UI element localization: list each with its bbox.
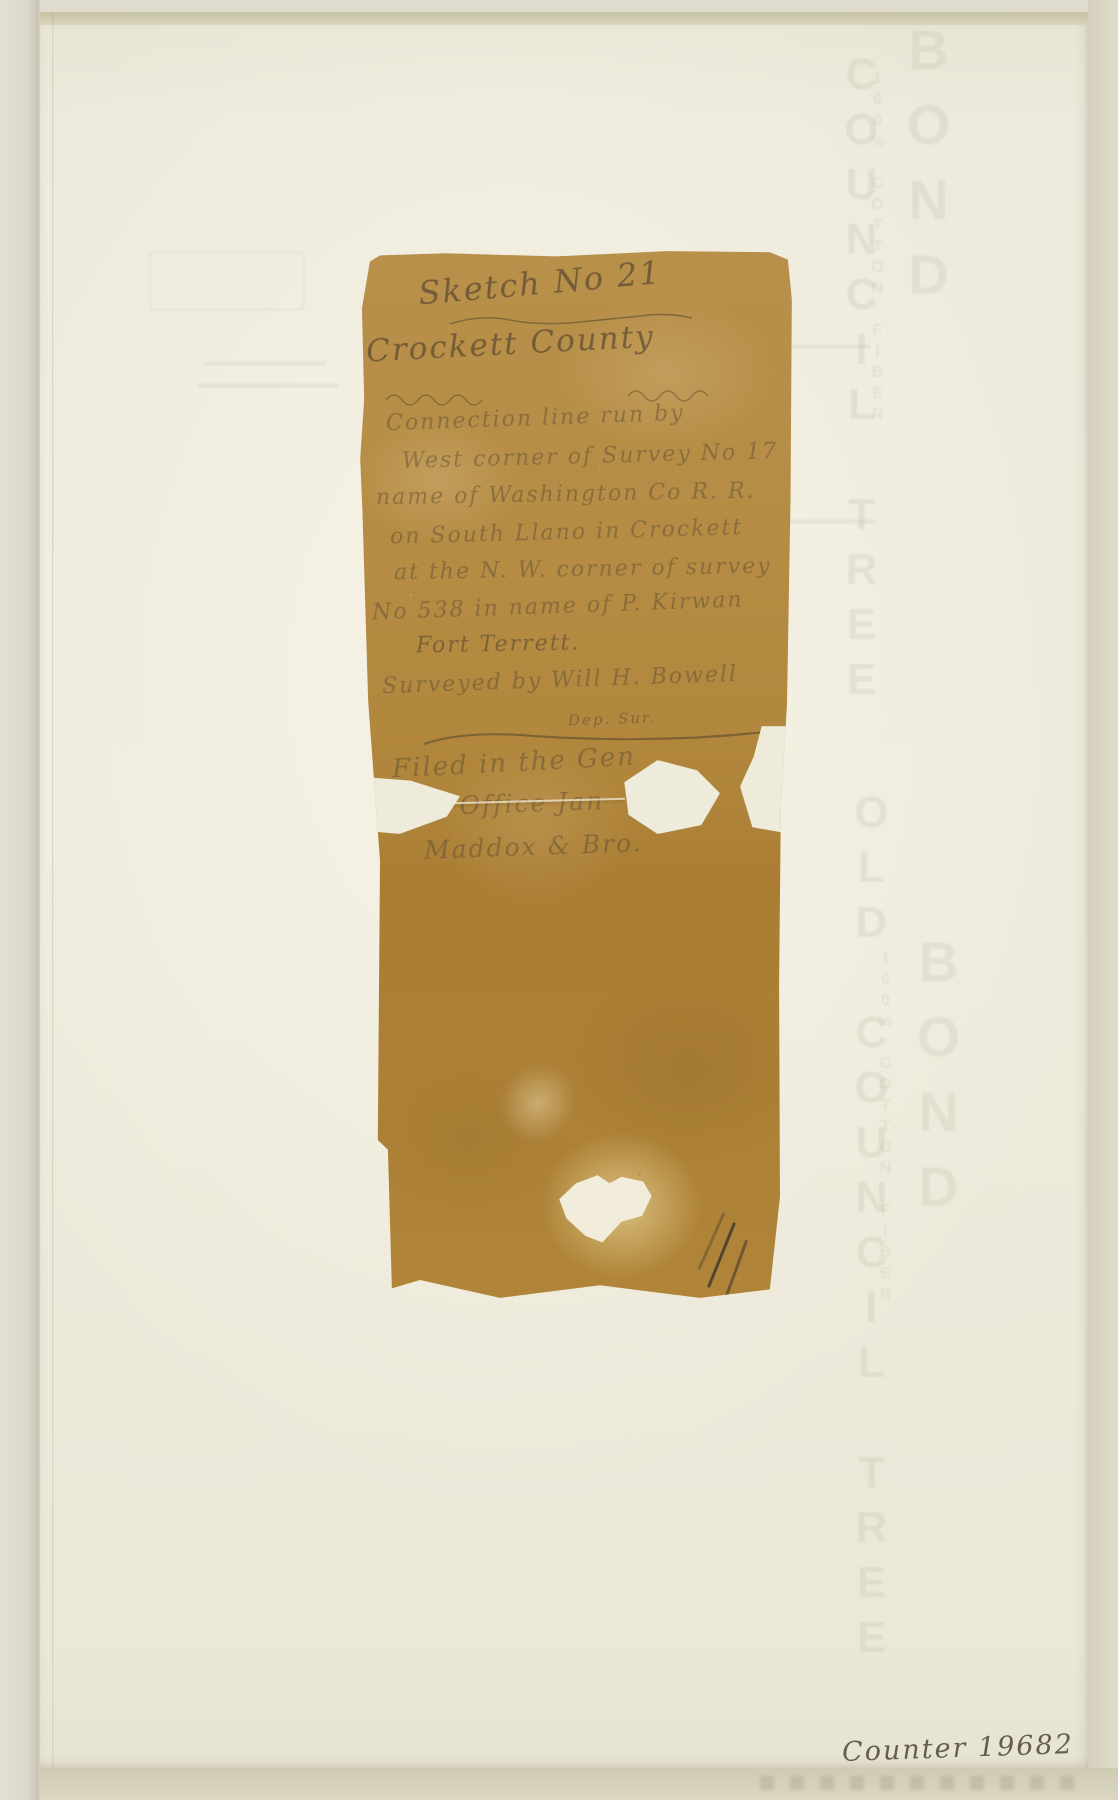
ghost-mark bbox=[205, 362, 325, 365]
note-line: name of Washington Co R. R. bbox=[376, 479, 756, 511]
note-line: No 538 in name of P. Kirwan bbox=[372, 588, 744, 626]
note-line: Surveyed by Will H. Bowell bbox=[382, 662, 739, 699]
note-line-small: Dep. Sur. bbox=[568, 708, 657, 729]
crack-line bbox=[453, 798, 625, 805]
note-line: Land Office Jan bbox=[378, 786, 605, 823]
note-line: Connection line run by bbox=[386, 401, 685, 436]
ghost-mark bbox=[760, 1776, 1090, 1790]
flourish-squiggle bbox=[384, 388, 494, 406]
hole-streak bbox=[452, 1015, 625, 1190]
note-line: Filed in the Gen bbox=[391, 742, 636, 785]
flourish-squiggle bbox=[626, 384, 712, 404]
fold-line bbox=[52, 12, 54, 1770]
watermark-fiber-mid: 100% COTTON FIBER bbox=[876, 950, 894, 1280]
paper-fragment: Sketch No 21 Crockett County Connection … bbox=[358, 248, 798, 1300]
flourish-underline bbox=[446, 310, 696, 332]
county-line: Crockett County bbox=[365, 318, 655, 369]
watermark-fiber-top: 100% COTTON FIBER bbox=[868, 70, 886, 400]
ghost-mark bbox=[150, 252, 304, 310]
note-line: Maddox & Bro. bbox=[424, 828, 644, 865]
worn-hole bbox=[552, 1172, 672, 1252]
flourish-dash bbox=[420, 726, 770, 752]
pencil-slash bbox=[707, 1222, 736, 1288]
watermark-grade-top: BOND bbox=[896, 18, 961, 318]
sketch-title: Sketch No 21 bbox=[417, 253, 663, 312]
note-line: Fort Terrett. bbox=[416, 631, 581, 659]
sheet-right-edge bbox=[1088, 0, 1118, 1800]
hole-halo bbox=[506, 1096, 736, 1306]
note-line: on South Llano in Crockett bbox=[390, 515, 744, 549]
watermark-grade-mid: BOND bbox=[906, 930, 971, 1230]
pencil-slash bbox=[698, 1212, 726, 1270]
ghost-mark bbox=[198, 384, 338, 387]
mount-left-margin bbox=[0, 0, 40, 1800]
note-line: at the N. W. corner of survey bbox=[394, 554, 772, 586]
note-line: West corner of Survey No 17 bbox=[402, 439, 779, 474]
tear-gap bbox=[616, 760, 720, 834]
scanned-document: OLD COUNCIL TREE BOND 100% COTTON FIBER … bbox=[0, 0, 1118, 1800]
